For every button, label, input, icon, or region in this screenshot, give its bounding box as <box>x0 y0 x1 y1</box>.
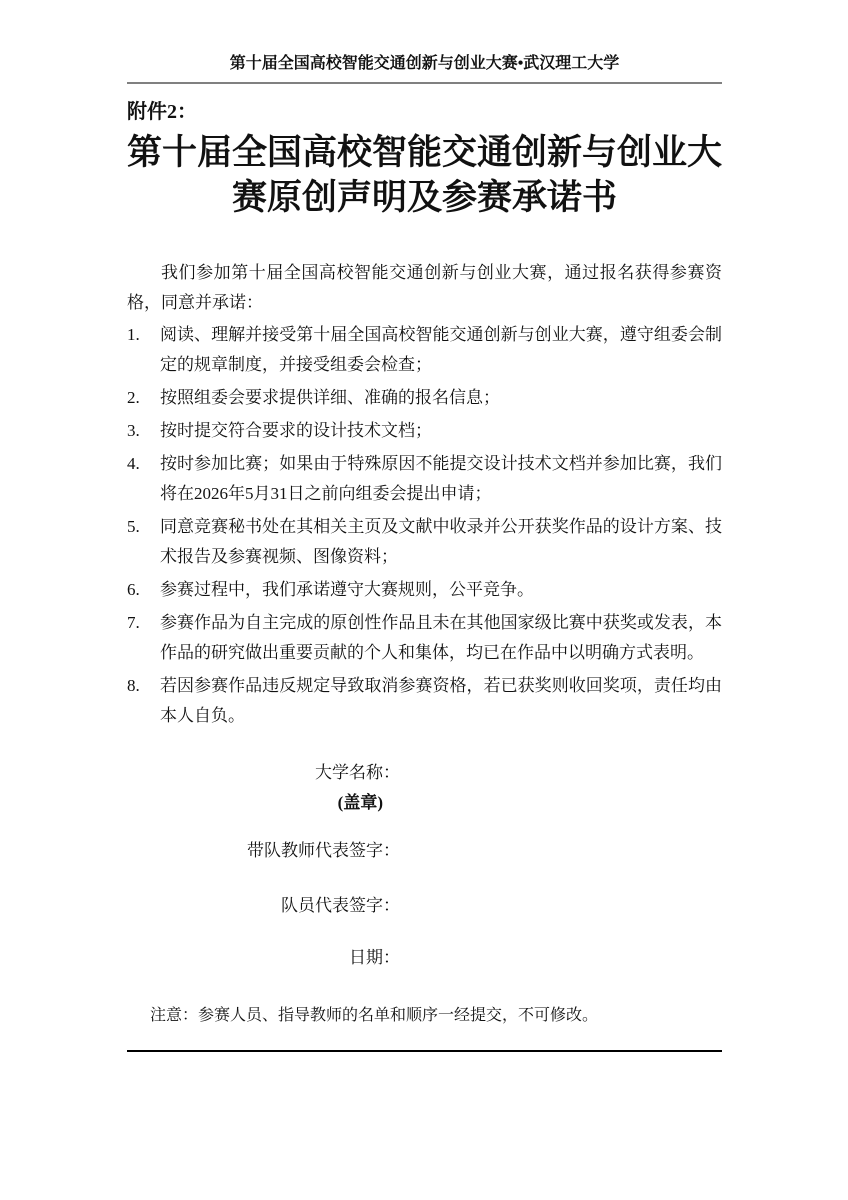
intro-paragraph: 我们参加第十届全国高校智能交通创新与创业大赛，通过报名获得参赛资格，同意并承诺： <box>127 258 722 318</box>
member-signature-label: 队员代表签字： <box>127 891 400 921</box>
seal-label: (盖章) <box>127 788 400 818</box>
document-page: 第十届全国高校智能交通创新与创业大赛•武汉理工大学 附件2： 第十届全国高校智能… <box>0 0 848 1200</box>
document-title-line1: 第十届全国高校智能交通创新与创业大 <box>127 130 722 175</box>
item-text: 参赛作品为自主完成的原创性作品且未在其他国家级比赛中获奖或发表，本作品的研究做出… <box>160 613 722 662</box>
list-item: 6. 参赛过程中，我们承诺遵守大赛规则，公平竞争。 <box>127 575 722 605</box>
item-number: 1. <box>127 320 160 350</box>
list-item: 1. 阅读、理解并接受第十届全国高校智能交通创新与创业大赛，遵守组委会制定的规章… <box>127 320 722 380</box>
item-number: 5. <box>127 512 160 542</box>
item-number: 8. <box>127 671 160 701</box>
university-name-label: 大学名称： <box>127 758 400 788</box>
item-number: 7. <box>127 608 160 638</box>
list-item: 8. 若因参赛作品违反规定导致取消参赛资格，若已获奖则收回奖项，责任均由本人自负… <box>127 671 722 731</box>
list-item: 7. 参赛作品为自主完成的原创性作品且未在其他国家级比赛中获奖或发表，本作品的研… <box>127 608 722 668</box>
item-text: 阅读、理解并接受第十届全国高校智能交通创新与创业大赛，遵守组委会制定的规章制度，… <box>160 325 722 374</box>
list-item: 4. 按时参加比赛；如果由于特殊原因不能提交设计技术文档并参加比赛，我们将在20… <box>127 449 722 509</box>
commitment-list: 1. 阅读、理解并接受第十届全国高校智能交通创新与创业大赛，遵守组委会制定的规章… <box>127 320 722 731</box>
document-title-line2: 赛原创声明及参赛承诺书 <box>127 175 722 220</box>
signature-block: 大学名称： (盖章) 带队教师代表签字： 队员代表签字： 日期： <box>127 758 400 973</box>
item-number: 3. <box>127 416 160 446</box>
item-text: 若因参赛作品违反规定导致取消参赛资格，若已获奖则收回奖项，责任均由本人自负。 <box>160 676 722 725</box>
item-number: 6. <box>127 575 160 605</box>
list-item: 3. 按时提交符合要求的设计技术文档； <box>127 416 722 446</box>
item-text: 同意竞赛秘书处在其相关主页及文献中收录并公开获奖作品的设计方案、技术报告及参赛视… <box>160 517 722 566</box>
teacher-signature-label: 带队教师代表签字： <box>127 836 400 866</box>
running-header-text: 第十届全国高校智能交通创新与创业大赛•武汉理工大学 <box>230 55 620 72</box>
date-label: 日期： <box>127 943 400 973</box>
list-item: 5. 同意竞赛秘书处在其相关主页及文献中收录并公开获奖作品的设计方案、技术报告及… <box>127 512 722 572</box>
item-number: 2. <box>127 383 160 413</box>
item-number: 4. <box>127 449 160 479</box>
list-item: 2. 按照组委会要求提供详细、准确的报名信息； <box>127 383 722 413</box>
document-title: 第十届全国高校智能交通创新与创业大 赛原创声明及参赛承诺书 <box>127 130 722 220</box>
item-text: 按时参加比赛；如果由于特殊原因不能提交设计技术文档并参加比赛，我们将在2026年… <box>160 454 722 503</box>
item-text: 参赛过程中，我们承诺遵守大赛规则，公平竞争。 <box>160 580 534 599</box>
footer-rule <box>127 1050 722 1052</box>
item-text: 按照组委会要求提供详细、准确的报名信息； <box>160 388 500 407</box>
item-text: 按时提交符合要求的设计技术文档； <box>160 421 432 440</box>
notice-text: 注意：参赛人员、指导教师的名单和顺序一经提交，不可修改。 <box>150 1003 722 1029</box>
attachment-label: 附件2： <box>127 100 722 124</box>
running-header: 第十届全国高校智能交通创新与创业大赛•武汉理工大学 <box>127 0 722 84</box>
